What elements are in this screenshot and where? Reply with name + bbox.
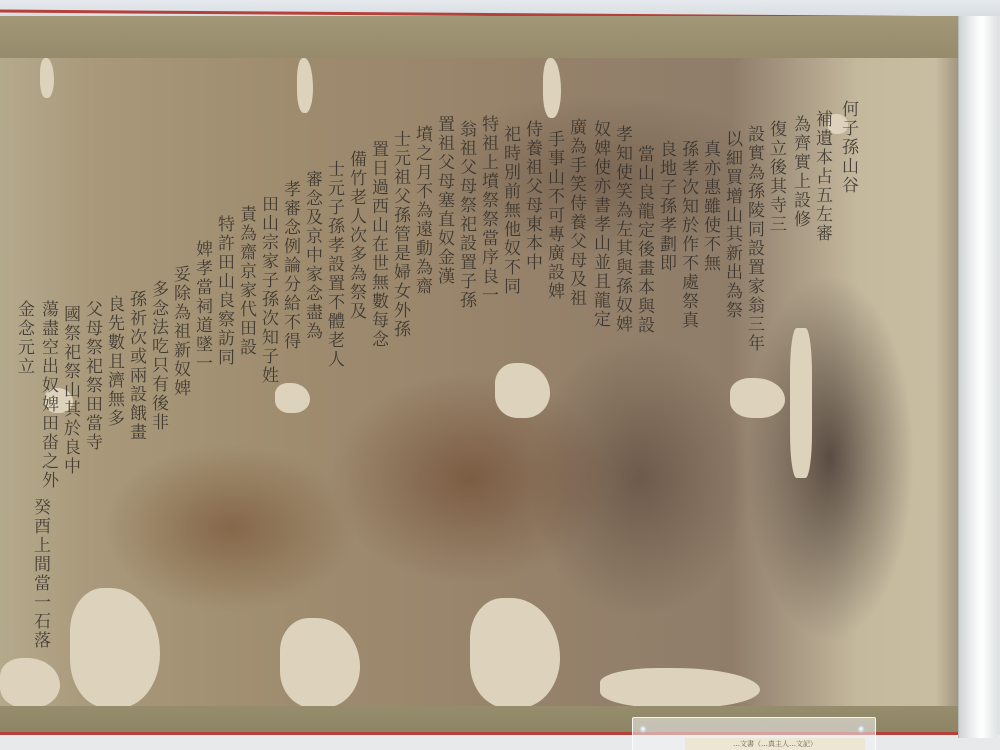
manuscript-column: 孝知使笑為左其與孫奴婢 [612,125,632,334]
paper-tear [40,58,54,98]
paper-tear [600,668,760,708]
manuscript-column: 多念法吃只有後非 [148,280,168,432]
manuscript-column: 良先數且濟無多 [104,295,124,428]
manuscript-column: 審念及京中家念盡為 [302,170,322,341]
manuscript-column: 田山宗家子孫次知子姓 [258,195,278,385]
manuscript-column: 墳之月不為遠動為齋 [412,125,432,296]
manuscript-paper: 何子孫山谷補遺本占五左審為齊實上設修復立後其寺三設實為孫陵同設置家翁三年以細買增… [0,58,975,708]
paper-tear [297,58,313,113]
manuscript-column: 置祖父母塞直奴金漢 [434,115,454,286]
manuscript-column: 置日過西山在世無數每念 [368,140,388,349]
manuscript-bottom-fragment: 癸酉上間當一石落 [30,498,50,650]
manuscript-column: 祀時別前無他奴不同 [500,125,520,296]
placard-screw-icon [639,725,647,733]
mount-band-top [0,16,985,58]
manuscript-column: 責為齋京家代田設 [236,205,256,357]
manuscript-column: 蕩盡空出奴婢田畓之外 [38,300,58,490]
roller-shadow [935,58,959,708]
paper-tear [470,598,560,708]
paper-tear [280,618,360,708]
manuscript-column: 備竹老人次多為祭及 [346,150,366,321]
manuscript-column: 奴婢使亦書孝山並且龍定 [590,120,610,329]
manuscript-column: 補遺本占五左審 [812,110,832,243]
manuscript-column: 手事山不可專廣設婢 [544,130,564,301]
manuscript-column: 為齊實上設修 [790,115,810,229]
manuscript-column: 何子孫山谷 [838,100,858,195]
manuscript-column: 當山良龍定後畫本與設 [634,145,654,335]
manuscript-column: 孫孝次知於作不處祭真 [678,140,698,330]
scroll-roller [958,16,997,738]
manuscript-column: 妥除為祖新奴婢 [170,265,190,398]
manuscript-column: 孫祈次或兩設餓畫 [126,290,146,442]
manuscript-column: 翁祖父母祭祀設置子孫 [456,120,476,310]
placard-screw-icon [857,725,865,733]
manuscript-column: 復立後其寺三 [766,120,786,234]
paper-tear [495,363,550,418]
paper-tear [70,588,160,708]
manuscript-column: 廣為手笑侍養父母及祖 [566,118,586,308]
manuscript-column: 士元子孫孝設置不體老人 [324,160,344,369]
manuscript-column: 金念元立 [14,300,34,376]
manuscript-column: 以細買增山其新出為祭 [722,130,742,320]
manuscript-column: 孝審念例論分給不得 [280,180,300,351]
paper-tear [730,378,785,418]
manuscript-column: 特許田山良察訪同 [214,215,234,367]
placard-label: …文書（…真主人…文記） [685,738,865,750]
manuscript-column: 侍養祖父母東本中 [522,120,542,272]
paper-tear [275,383,310,413]
manuscript-column: 設實為孫陵同設置家翁三年 [744,125,764,353]
paper-tear [543,58,561,118]
manuscript-column: 士元祖父孫管是婦女外孫 [390,130,410,339]
manuscript-column: 真亦惠雖使不無 [700,140,720,273]
manuscript-column: 特祖上墳祭祭當序良一 [478,115,498,305]
manuscript-column: 國祭祀祭山其於良中 [60,305,80,476]
paper-tear [0,658,60,708]
manuscript-column: 婢孝當祠道墜一 [192,240,212,373]
paper-tear [790,328,812,478]
manuscript-column: 良地子孫孝劃即 [656,140,676,273]
manuscript-column: 父母祭祀祭田當寺 [82,300,102,452]
exhibit-placard: …文書（…真主人…文記） [632,717,876,750]
